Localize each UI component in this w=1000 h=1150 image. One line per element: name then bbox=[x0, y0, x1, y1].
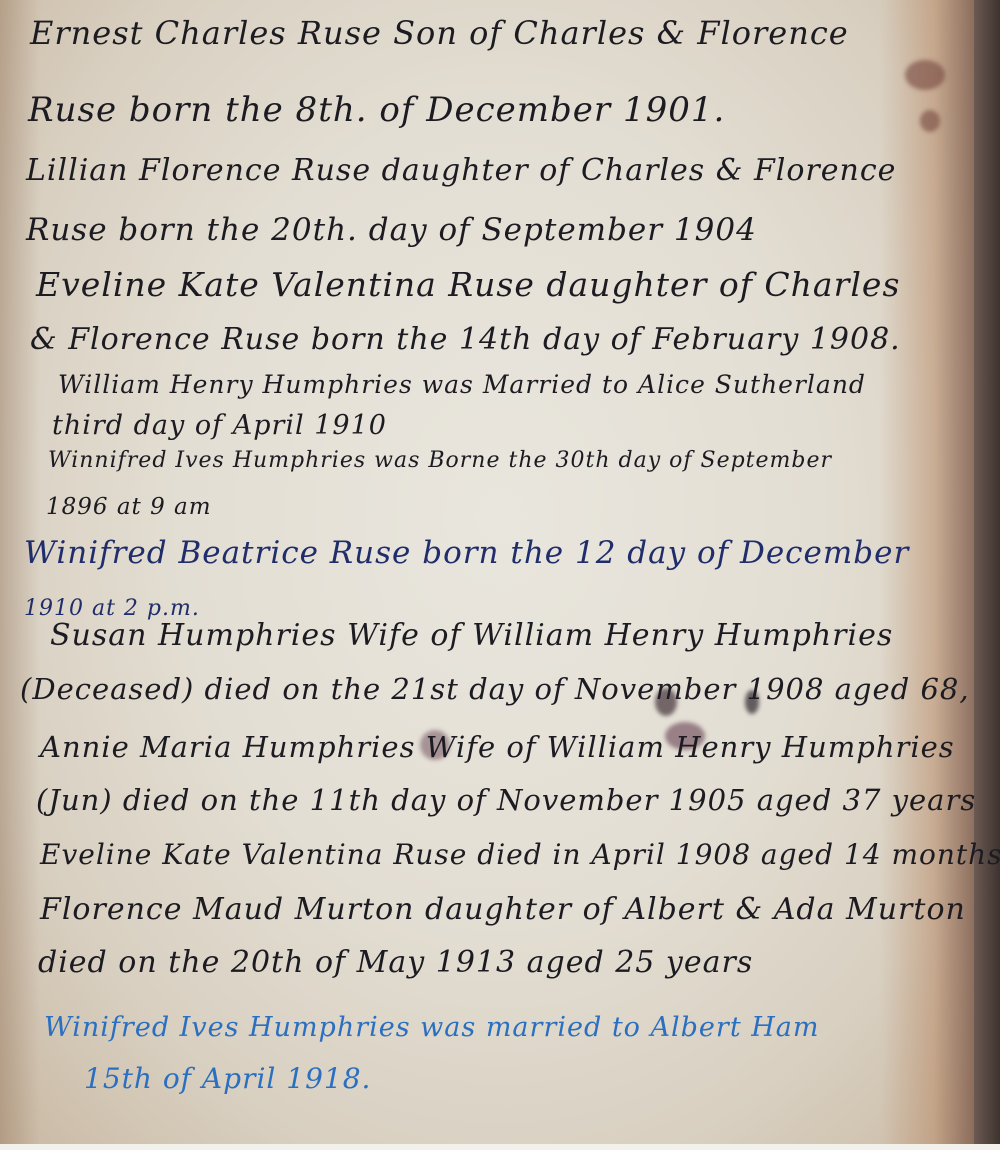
entry-line-11: Winifred Beatrice Ruse born the 12 day o… bbox=[24, 535, 909, 571]
entry-line-18: Florence Maud Murton daughter of Albert … bbox=[40, 892, 966, 927]
entry-line-15: Annie Maria Humphries Wife of William He… bbox=[40, 730, 955, 764]
document-page: Ernest Charles Ruse Son of Charles & Flo… bbox=[0, 0, 1000, 1150]
entry-line-7: William Henry Humphries was Married to A… bbox=[58, 370, 866, 399]
entry-line-19: died on the 20th of May 1913 aged 25 yea… bbox=[38, 945, 753, 980]
entry-line-16: (Jun) died on the 11th day of November 1… bbox=[36, 783, 976, 817]
entry-line-6: & Florence Ruse born the 14th day of Feb… bbox=[30, 322, 901, 357]
entry-line-17: Eveline Kate Valentina Ruse died in Apri… bbox=[40, 838, 1000, 871]
entry-line-4: Ruse born the 20th. day of September 190… bbox=[26, 212, 757, 248]
entry-line-9: Winnifred Ives Humphries was Borne the 3… bbox=[48, 448, 832, 473]
entry-line-5: Eveline Kate Valentina Ruse daughter of … bbox=[36, 265, 900, 304]
ink-stain bbox=[905, 60, 945, 90]
entry-line-1: Ernest Charles Ruse Son of Charles & Flo… bbox=[30, 14, 849, 52]
page-bottom-edge bbox=[0, 1144, 1000, 1150]
entry-line-14: (Deceased) died on the 21st day of Novem… bbox=[20, 672, 970, 706]
entry-line-8: third day of April 1910 bbox=[52, 410, 387, 441]
entry-line-21: 15th of April 1918. bbox=[84, 1062, 371, 1095]
book-spine bbox=[974, 0, 1000, 1150]
entry-line-2: Ruse born the 8th. of December 1901. bbox=[28, 90, 725, 130]
ink-stain bbox=[920, 110, 940, 132]
entry-line-13: Susan Humphries Wife of William Henry Hu… bbox=[50, 618, 893, 653]
entry-line-20: Winifred Ives Humphries was married to A… bbox=[44, 1012, 820, 1043]
entry-line-10: 1896 at 9 am bbox=[46, 494, 212, 520]
entry-line-3: Lillian Florence Ruse daughter of Charle… bbox=[26, 153, 896, 188]
